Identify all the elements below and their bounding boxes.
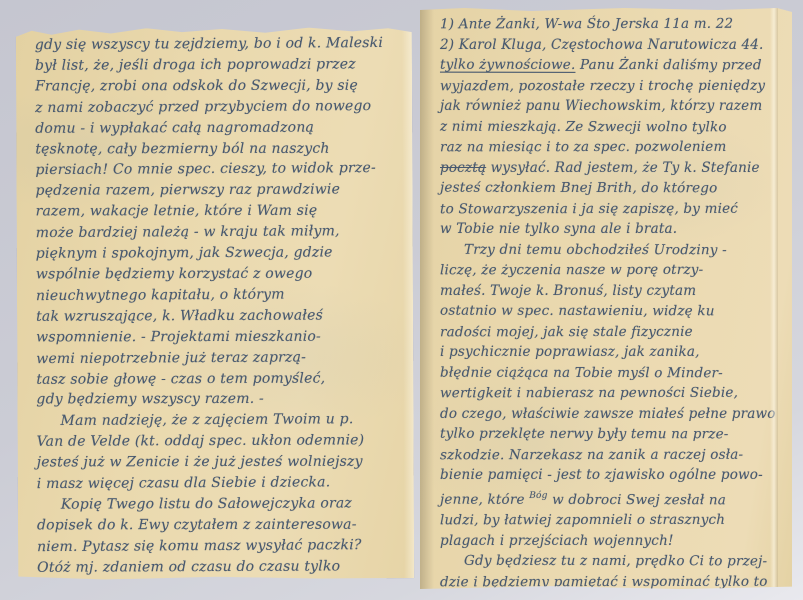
handwriting-text: błędnie ciążąca na Tobie myśl o Minder- bbox=[440, 364, 723, 381]
handwriting-text: radości mojej, jak się stale fizycznie bbox=[440, 323, 693, 339]
handwritten-line: pocztą wysyłać. Rad jestem, że Ty k. Ste… bbox=[440, 158, 786, 179]
handwritten-line: dzie i będziemy pamiętać i wspominać tyl… bbox=[440, 571, 786, 592]
handwriting-text: 2) Karol Kluga, Częstochowa Narutowicza … bbox=[440, 37, 764, 53]
handwriting-text: jenne, które bbox=[440, 491, 529, 507]
handwritten-line: i psychicznie poprawiasz, jak zanika, bbox=[440, 342, 786, 363]
handwriting-text: do czego, właściwie zawsze miałeś pełne … bbox=[440, 406, 776, 422]
handwritten-line: tęsknotę, cały bezmierny ból na naszych bbox=[35, 138, 404, 160]
handwriting-text: wspomnienie. - Projektami mieszkanio- bbox=[36, 328, 321, 345]
handwriting-text: wysyłać. Rad jestem, że Ty k. Stefanie bbox=[486, 160, 760, 176]
handwritten-line: z nami zobaczyć przed przybyciem do nowe… bbox=[35, 96, 404, 119]
handwriting-text: w dobroci Swej zesłał na bbox=[548, 491, 726, 507]
handwritten-line: Otóż mj. zdaniem od czasu do czasu tylko bbox=[37, 556, 406, 579]
inserted-word-above-line: Bóg bbox=[529, 490, 547, 500]
handwritten-line: jak również panu Wiechowskim, którzy raz… bbox=[440, 96, 786, 117]
handwriting-text: tak wzruszające, k. Władku zachowałeś bbox=[36, 307, 323, 324]
handwritten-line: tylko żywnościowe. Panu Żanki daliśmy pr… bbox=[440, 55, 786, 76]
handwritten-line: Mam nadzieję, że z zajęciem Twoim u p. bbox=[36, 409, 405, 432]
handwriting-text: razem, wakacje letnie, które i Wam się bbox=[36, 203, 318, 220]
handwriting-text: ostatnio w spec. nastawieniu, widzę ku bbox=[440, 303, 715, 320]
handwriting-text: w Tobie nie tylko syna ale i brata. bbox=[440, 221, 677, 237]
handwritten-line: 2) Karol Kluga, Częstochowa Narutowicza … bbox=[440, 35, 786, 56]
handwritten-line: domu - i wypłakać całą nagromadzoną bbox=[35, 117, 404, 140]
handwriting-text: nieuchwytnego kapitału, o którym bbox=[36, 286, 285, 304]
handwritten-line: nieuchwytnego kapitału, o którym bbox=[36, 284, 405, 307]
handwritten-line: raz na miesiąc i to za spec. pozwoleniem bbox=[440, 137, 786, 158]
handwriting-text: wemi niepotrzebnie już teraz zaprzą- bbox=[36, 349, 306, 367]
handwritten-line: Kopię Twego listu do Sałowejczyka oraz bbox=[37, 493, 406, 516]
handwriting-text: pędzenia razem, pierwszy raz prawdziwie bbox=[35, 182, 340, 199]
handwritten-line: to Stowarzyszenia i ja się zapiszę, by m… bbox=[440, 198, 786, 219]
handwritten-line: tylko przeklęte nerwy były temu na prze- bbox=[440, 424, 786, 445]
handwriting-text: z nimi mieszkają. Ze Szwecji wolno tylko bbox=[440, 118, 727, 135]
handwriting-text: Kopię Twego listu do Sałowejczyka oraz bbox=[61, 495, 352, 512]
handwriting-text: Panu Żanki daliśmy przed bbox=[575, 57, 761, 73]
handwritten-line: niem. Pytasz się komu masz wysyłać paczk… bbox=[37, 535, 406, 558]
handwritten-line: wspomnienie. - Projektami mieszkanio- bbox=[36, 326, 405, 348]
handwritten-line: wertigkeit i nabierasz na pewności Siebi… bbox=[440, 383, 786, 404]
handwriting-text: domu - i wypłakać całą nagromadzoną bbox=[35, 119, 314, 136]
handwriting-text: dopisek do k. Ewy czytałem z zainteresow… bbox=[37, 517, 357, 534]
letter-page-right: 1) Ante Żanki, W-wa Śto Jerska 11a m. 22… bbox=[420, 8, 792, 589]
handwritten-line: jenne, które Bóg w dobroci Swej zesłał n… bbox=[440, 485, 786, 510]
underlined-phrase: tylko żywnościowe. bbox=[440, 57, 576, 73]
handwritten-line: dopisek do k. Ewy czytałem z zainteresow… bbox=[37, 514, 406, 536]
handwritten-line: 1) Ante Żanki, W-wa Śto Jerska 11a m. 22 bbox=[440, 14, 786, 35]
letter-page-left: gdy się wszyscy tu zejdziemy, bo i od k.… bbox=[16, 26, 414, 580]
handwriting-text: z nami zobaczyć przed przybyciem do nowe… bbox=[35, 98, 371, 116]
handwriting-text: bienie pamięci - jest to zjawisko ogólne… bbox=[440, 467, 763, 483]
handwriting-text: ludzi, by łatwiej zapomnieli o strasznyc… bbox=[440, 512, 725, 528]
handwriting-text: tasz sobie głowę - czas o tem pomyśleć, bbox=[36, 370, 325, 387]
handwriting-text: wertigkeit i nabierasz na pewności Siebi… bbox=[440, 385, 738, 402]
handwritten-line: radości mojej, jak się stale fizycznie bbox=[440, 321, 786, 342]
handwriting-text: niem. Pytasz się komu masz wysyłać paczk… bbox=[37, 537, 362, 555]
handwritten-line: tak wzruszające, k. Władku zachowałeś bbox=[36, 305, 405, 328]
handwriting-text: i masz więcej czasu dla Siebie i dziecka… bbox=[37, 474, 331, 492]
handwriting-text: jesteś już w Zenicie i że już jesteś wol… bbox=[37, 454, 363, 471]
handwritten-line: był list, że, jeśli droga ich poprowadzi… bbox=[35, 54, 404, 77]
handwritten-line: wyjazdem, pozostałe rzeczy i trochę pien… bbox=[440, 75, 786, 96]
handwriting-right-page: 1) Ante Żanki, W-wa Śto Jerska 11a m. 22… bbox=[440, 14, 786, 592]
handwritten-line: ostatnio w spec. nastawieniu, widzę ku bbox=[440, 301, 786, 322]
handwriting-text: małeś. Twoje k. Bronuś, listy czytam bbox=[440, 283, 696, 299]
handwriting-text: gdy będziemy wszyscy razem. - bbox=[36, 391, 264, 408]
struck-out-word: pocztą bbox=[440, 160, 486, 176]
handwritten-line: piersiach! Co mnie spec. cieszy, to wido… bbox=[35, 158, 404, 181]
handwriting-text: plagach i przejściach wojennych! bbox=[440, 533, 674, 549]
handwritten-line: wemi niepotrzebnie już teraz zaprzą- bbox=[36, 346, 405, 369]
letter-scan: gdy się wszyscy tu zejdziemy, bo i od k.… bbox=[0, 0, 803, 600]
handwriting-left-page: gdy się wszyscy tu zejdziemy, bo i od k.… bbox=[35, 33, 406, 578]
handwritten-line: razem, wakacje letnie, które i Wam się bbox=[36, 201, 405, 223]
handwritten-line: do czego, właściwie zawsze miałeś pełne … bbox=[440, 404, 786, 425]
handwritten-line: bienie pamięci - jest to zjawisko ogólne… bbox=[440, 465, 786, 486]
handwriting-text: wyjazdem, pozostałe rzeczy i trochę pien… bbox=[440, 77, 765, 94]
handwriting-text: 1) Ante Żanki, W-wa Śto Jerska 11a m. 22 bbox=[440, 16, 733, 33]
handwriting-text: Trzy dni temu obchodziłeś Urodziny - bbox=[464, 241, 727, 258]
handwriting-text: i psychicznie poprawiasz, jak zanika, bbox=[440, 344, 700, 360]
handwritten-line: w Tobie nie tylko syna ale i brata. bbox=[440, 219, 786, 240]
handwritten-line: szkodzie. Narzekasz na zanik a raczej os… bbox=[440, 444, 786, 465]
handwritten-line: i masz więcej czasu dla Siebie i dziecka… bbox=[37, 472, 406, 495]
handwriting-text: Gdy będziesz tu z nami, prędko Ci to prz… bbox=[464, 553, 767, 570]
handwriting-text: jak również panu Wiechowskim, którzy raz… bbox=[440, 98, 762, 114]
handwriting-text: tylko przeklęte nerwy były temu na prze- bbox=[440, 426, 729, 443]
handwriting-text: pięknym i spokojnym, jak Szwecja, gdzie bbox=[36, 245, 333, 262]
handwritten-line: małeś. Twoje k. Bronuś, listy czytam bbox=[440, 281, 786, 302]
handwriting-text: raz na miesiąc i to za spec. pozwoleniem bbox=[440, 139, 727, 155]
handwritten-line: liczę, że życzenia nasze w porę otrzy- bbox=[440, 260, 786, 281]
handwriting-text: jesteś członkiem Bnej Brith, do którego bbox=[440, 180, 718, 197]
handwritten-line: błędnie ciążąca na Tobie myśl o Minder- bbox=[440, 362, 786, 383]
handwriting-text: tęsknotę, cały bezmierny ból na naszych bbox=[35, 140, 329, 157]
handwritten-line: tasz sobie głowę - czas o tem pomyśleć, bbox=[36, 368, 405, 391]
handwritten-line: Trzy dni temu obchodziłeś Urodziny - bbox=[440, 239, 786, 260]
handwriting-text: liczę, że życzenia nasze w porę otrzy- bbox=[440, 262, 703, 278]
handwritten-line: pięknym i spokojnym, jak Szwecja, gdzie bbox=[36, 242, 405, 265]
handwritten-line: gdy się wszyscy tu zejdziemy, bo i od k.… bbox=[35, 33, 404, 56]
handwritten-line: Van de Velde (kt. oddaj spec. ukłon odem… bbox=[37, 430, 406, 453]
handwritten-line: z nimi mieszkają. Ze Szwecji wolno tylko bbox=[440, 116, 786, 137]
handwriting-text: Francję, zrobi ona odskok do Szwecji, by… bbox=[35, 77, 358, 94]
handwritten-line: Francję, zrobi ona odskok do Szwecji, by… bbox=[35, 75, 404, 97]
handwriting-text: może bardziej należą - w kraju tak miłym… bbox=[36, 223, 340, 241]
handwriting-text: to Stowarzyszenia i ja się zapiszę, by m… bbox=[440, 200, 738, 217]
handwriting-text: Otóż mj. zdaniem od czasu do czasu tylko bbox=[37, 558, 340, 575]
handwriting-text: gdy się wszyscy tu zejdziemy, bo i od k.… bbox=[35, 35, 383, 53]
handwritten-line: plagach i przejściach wojennych! bbox=[440, 531, 786, 552]
handwriting-text: piersiach! Co mnie spec. cieszy, to wido… bbox=[35, 160, 376, 178]
handwriting-text: wspólnie będziemy korzystać z owego bbox=[36, 266, 313, 283]
handwriting-text: dzie i będziemy pamiętać i wspominać tyl… bbox=[440, 573, 768, 590]
handwritten-line: pędzenia razem, pierwszy raz prawdziwie bbox=[35, 180, 404, 203]
handwritten-line: jesteś już w Zenicie i że już jesteś wol… bbox=[37, 452, 406, 474]
handwriting-text: szkodzie. Narzekasz na zanik a raczej os… bbox=[440, 446, 743, 463]
handwritten-line: gdy będziemy wszyscy razem. - bbox=[36, 389, 405, 411]
handwritten-line: może bardziej należą - w kraju tak miłym… bbox=[36, 221, 405, 244]
handwritten-line: ludzi, by łatwiej zapomnieli o strasznyc… bbox=[440, 510, 786, 531]
handwritten-line: jesteś członkiem Bnej Brith, do którego bbox=[440, 178, 786, 199]
handwritten-line: wspólnie będziemy korzystać z owego bbox=[36, 264, 405, 286]
handwriting-text: Van de Velde (kt. oddaj spec. ukłon odem… bbox=[37, 433, 365, 450]
handwriting-text: był list, że, jeśli droga ich poprowadzi… bbox=[35, 56, 356, 73]
handwritten-line: Gdy będziesz tu z nami, prędko Ci to prz… bbox=[440, 551, 786, 572]
handwriting-text: Mam nadzieję, że z zajęciem Twoim u p. bbox=[60, 411, 353, 429]
